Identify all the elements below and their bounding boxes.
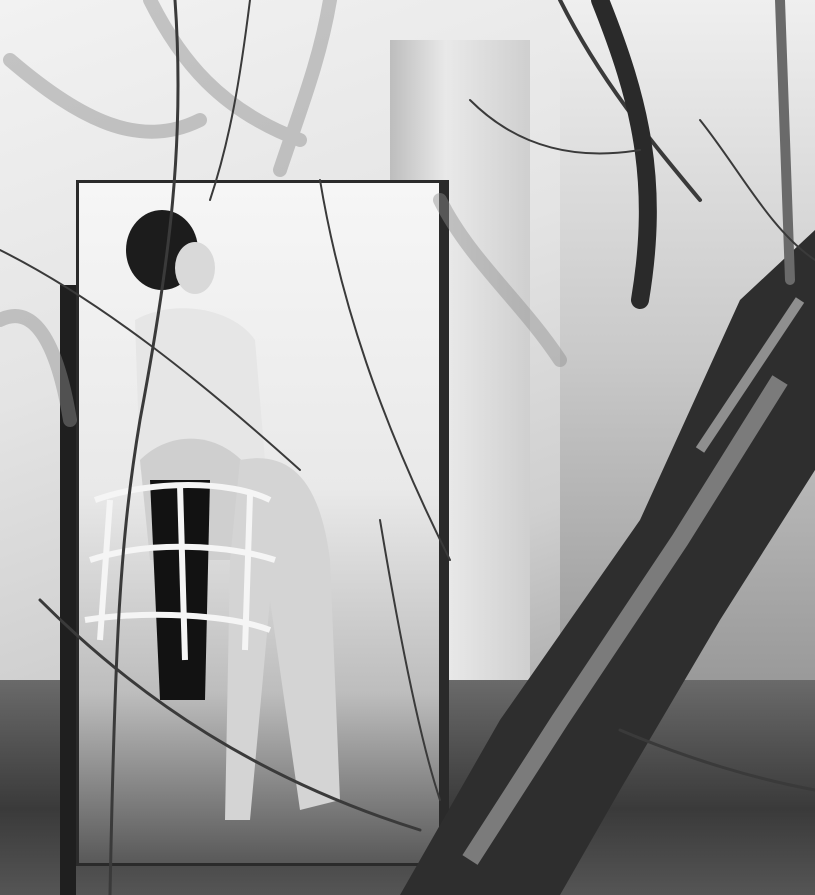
fallen-log <box>400 230 815 895</box>
woman-reflection <box>85 210 340 820</box>
photograph <box>0 0 815 895</box>
branch-shadows <box>0 0 560 420</box>
scene-shapes <box>0 0 815 895</box>
